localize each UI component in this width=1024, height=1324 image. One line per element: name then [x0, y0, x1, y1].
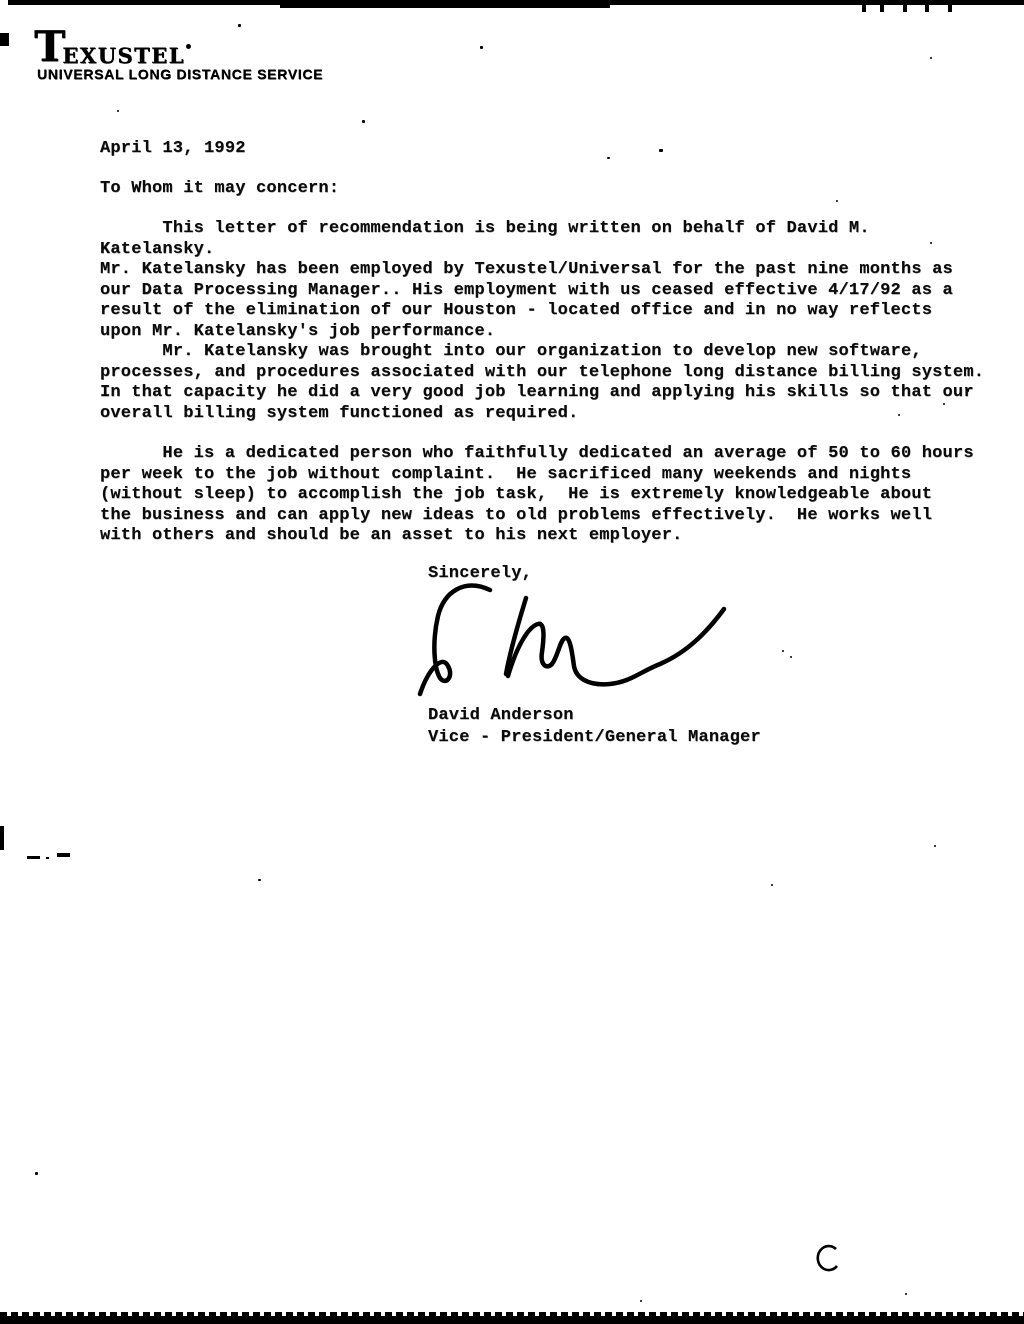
scanned-letter-page: TEXUSTEL UNIVERSAL LONG DISTANCE SERVICE…: [0, 0, 1024, 1324]
scan-artifact: [925, 4, 929, 12]
scan-artifact: [0, 33, 9, 46]
scan-speck: [930, 57, 932, 59]
signer-title: Vice - President/General Manager: [428, 728, 761, 749]
scan-artifact: [0, 826, 4, 850]
scan-speck: [659, 149, 663, 152]
handwritten-signature-icon: [398, 576, 742, 718]
letter-salutation: To Whom it may concern:: [100, 179, 339, 200]
scan-speck: [790, 656, 792, 658]
scan-artifact: [280, 0, 610, 8]
scan-speck: [238, 24, 241, 27]
letter-date: April 13, 1992: [100, 139, 246, 160]
scan-speck: [640, 1300, 642, 1302]
scan-artifact: [948, 4, 952, 12]
scan-speck: [782, 650, 784, 652]
scan-artifact-c-mark: [812, 1242, 844, 1276]
letter-paragraph: He is a dedicated person who faithfully …: [100, 444, 980, 547]
scan-artifact: [862, 4, 866, 12]
scan-speck: [480, 46, 483, 49]
scan-speck: [836, 200, 838, 202]
letter-closing: Sincerely,: [428, 564, 532, 585]
scan-speck: [362, 120, 365, 123]
signer-name: David Anderson: [428, 706, 574, 727]
letter-paragraph: Mr. Katelansky was brought into our orga…: [100, 342, 990, 424]
scan-artifact: [880, 4, 884, 12]
scan-artifact: [27, 856, 40, 859]
company-logo: TEXUSTEL: [34, 26, 191, 68]
logo-wordmark: EXUSTEL: [62, 43, 191, 68]
scan-speck: [117, 110, 119, 112]
scan-speck: [934, 845, 936, 847]
logo-initial: T: [34, 22, 65, 71]
scan-speck: [35, 1172, 38, 1175]
scan-artifact: [57, 853, 70, 857]
scan-artifact: [46, 857, 49, 859]
company-tagline: UNIVERSAL LONG DISTANCE SERVICE: [37, 66, 323, 82]
scan-artifact-bottom-bar: [0, 1316, 1024, 1324]
letter-paragraph: This letter of recommendation is being w…: [100, 219, 980, 342]
scan-speck: [258, 879, 261, 881]
scan-artifact: [903, 4, 907, 12]
scan-speck: [771, 884, 773, 886]
scan-speck: [905, 1293, 907, 1295]
scan-speck: [607, 157, 610, 159]
